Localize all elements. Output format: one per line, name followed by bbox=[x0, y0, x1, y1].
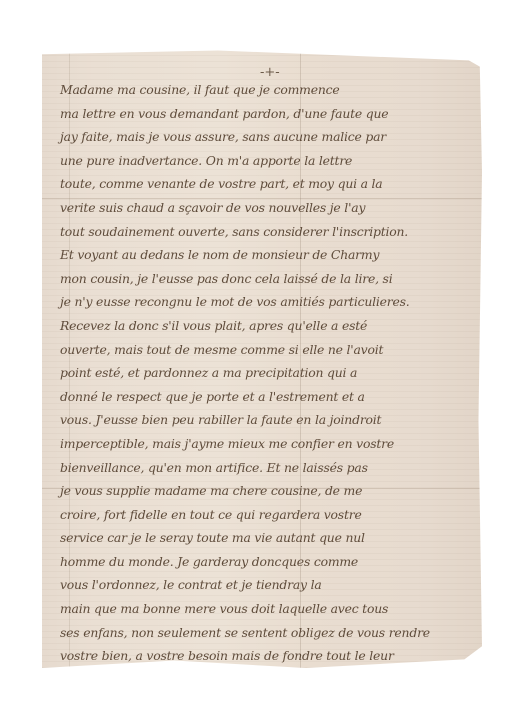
letter-line: ma lettre en vous demandant pardon, d'un… bbox=[60, 102, 480, 126]
letter-line: imperceptible, mais j'ayme mieux me conf… bbox=[60, 432, 480, 456]
letter-line: Recevez la donc s'il vous plait, apres q… bbox=[60, 314, 480, 338]
letter-line: mon cousin, je l'eusse pas donc cela lai… bbox=[60, 267, 480, 291]
letter-line: croire, fort fidelle en tout ce qui rega… bbox=[60, 503, 480, 527]
letter-line: jay faite, mais je vous assure, sans auc… bbox=[60, 125, 480, 149]
letter-line: vous. J'eusse bien peu rabiller la faute… bbox=[60, 408, 480, 432]
letter-line: pour vostre service. Vous ne sçauriez, s… bbox=[60, 668, 480, 692]
letter-line: point esté, et pardonnez a ma precipitat… bbox=[60, 361, 480, 385]
letter-line: homme du monde. Je garderay doncques com… bbox=[60, 550, 480, 574]
letter-line: verite suis chaud a sçavoir de vos nouve… bbox=[60, 196, 480, 220]
letter-line: tout soudainement ouverte, sans consider… bbox=[60, 220, 480, 244]
letter-line: main que ma bonne mere vous doit laquell… bbox=[60, 597, 480, 621]
letter-line: je n'y eusse recongnu le mot de vos amit… bbox=[60, 290, 480, 314]
letter-line: toute, comme venante de vostre part, et … bbox=[60, 172, 480, 196]
letter-line: Et voyant au dedans le nom de monsieur d… bbox=[60, 243, 480, 267]
letter-page: -+- Madame ma cousine, il faut que je co… bbox=[42, 48, 482, 668]
letter-line: ouverte, mais tout de mesme comme si ell… bbox=[60, 338, 480, 362]
letter-line: service car je le seray toute ma vie aut… bbox=[60, 526, 480, 550]
letter-body: Madame ma cousine, il faut que je commen… bbox=[60, 78, 480, 691]
letter-line: bienveillance, qu'en mon artifice. Et ne… bbox=[60, 456, 480, 480]
letter-line: vous l'ordonnez, le contrat et je tiendr… bbox=[60, 573, 480, 597]
letter-line: vostre bien, a vostre besoin mais de fon… bbox=[60, 644, 480, 668]
letter-line: Madame ma cousine, il faut que je commen… bbox=[60, 78, 480, 102]
letter-line: une pure inadvertance. On m'a apporte la… bbox=[60, 149, 480, 173]
letter-line: je vous supplie madame ma chere cousine,… bbox=[60, 479, 480, 503]
letter-line: donné le respect que je porte et a l'est… bbox=[60, 385, 480, 409]
letter-line: ses enfans, non seulement se sentent obl… bbox=[60, 621, 480, 645]
